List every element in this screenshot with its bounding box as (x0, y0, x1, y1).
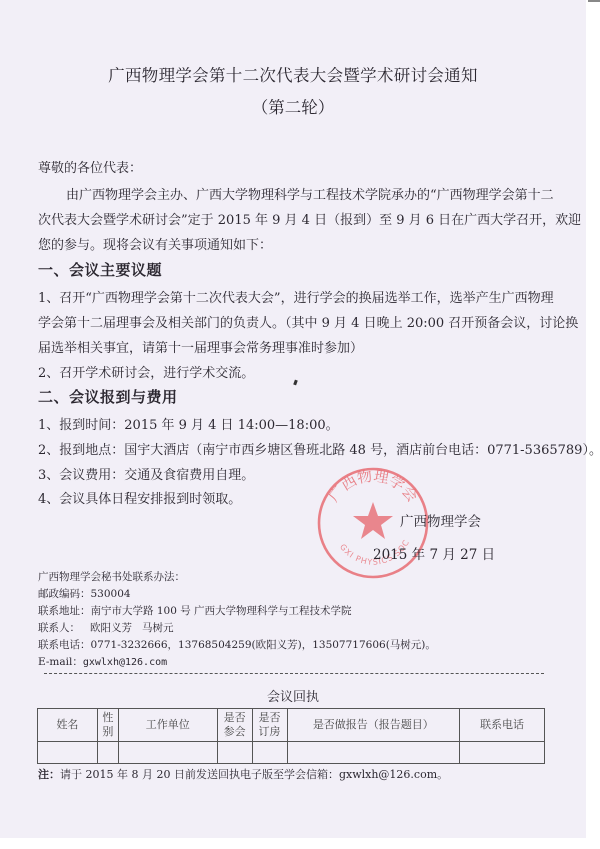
topic-line: 学会第十二届理事会及相关部门的负责人。（其中 9 月 4 日晚上 20:00 召… (38, 312, 578, 331)
registration-line: 1、报到时间：2015 年 9 月 4 日 14:00—18:00。 (38, 414, 339, 433)
header-name: 姓名 (38, 709, 98, 742)
cell-attend[interactable] (217, 742, 252, 764)
header-report: 是否做报告（报告题目） (287, 709, 460, 742)
receipt-table: 姓名 性 别 工作单位 是否 参会 是否 订房 是否做报告（报告题目） 联系电话 (37, 708, 545, 764)
intro-line: 您的参与。现将会议有关事项通知如下： (38, 234, 272, 253)
seal-text: 广西物理学会 (325, 467, 422, 506)
signature-date: 2015 年 7 月 27 日 (373, 543, 495, 563)
contact-postcode: 邮政编码：530004 (38, 586, 131, 601)
registration-line: 2、报到地点：国宇大酒店（南宁市西乡塘区鲁班北路 48 号，酒店前台电话：077… (38, 439, 600, 458)
contact-persons: 联系人： 欧阳义芳 马树元 (38, 620, 174, 635)
intro-line: 由广西物理学会主办、广西大学物理科学与工程技术学院承办的“广西物理学会第十二 (66, 184, 554, 203)
header-gender: 性 别 (97, 709, 118, 742)
email-link[interactable]: gxwlxh@126.com (83, 657, 167, 668)
contact-email-row: E-mail：gxwlxh@126.com (38, 654, 167, 669)
note-text: 请于 2015 年 8 月 20 日前发送回执电子版至学会信箱：gxwlxh@1… (60, 768, 448, 781)
topic-line: 届选举相关事宜，请第十一届理事会常务理事准时参加） (38, 337, 363, 356)
registration-line: 3、会议费用：交通及食宿费用自理。 (38, 464, 254, 483)
topic-line: 2、召开学术研讨会，进行学术交流。 (38, 362, 254, 381)
salutation: 尊敬的各位代表： (38, 157, 142, 176)
document-title: 广西物理学会第十二次代表大会暨学术研讨会通知 (0, 62, 586, 86)
receipt-note: 注：请于 2015 年 8 月 20 日前发送回执电子版至学会信箱：gxwlxh… (38, 766, 448, 782)
scan-edge-mark (588, 0, 600, 2)
note-label: 注： (38, 768, 60, 781)
topic-line: 1、召开“广西物理学会第十二次代表大会”，进行学会的换届选举工作，选举产生广西物… (38, 287, 554, 306)
contact-phones: 联系电话：0771-3232666，13768504259(欧阳义芳)，1350… (38, 637, 436, 652)
svg-text:广西物理学会: 广西物理学会 (325, 467, 422, 506)
cut-line-divider (44, 673, 544, 674)
receipt-title: 会议回执 (0, 686, 586, 705)
cell-gender[interactable] (97, 742, 118, 764)
section-heading-topics: 一、会议主要议题 (38, 259, 162, 280)
signer-organization: 广西物理学会 (400, 510, 481, 530)
section-heading-registration: 二、会议报到与费用 (38, 386, 178, 407)
cell-phone[interactable] (460, 742, 545, 764)
cell-workplace[interactable] (118, 742, 217, 764)
cell-name[interactable] (38, 742, 98, 764)
registration-line: 4、会议具体日程安排报到时领取。 (38, 488, 241, 507)
document-subtitle: （第二轮） (0, 94, 586, 118)
receipt-entry-row (38, 742, 545, 764)
contact-address: 联系地址：南宁市大学路 100 号 广西大学物理科学与工程技术学院 (38, 603, 352, 618)
cell-room[interactable] (252, 742, 287, 764)
intro-line: 次代表大会暨学术研讨会”定于 2015 年 9 月 4 日（报到）至 9 月 6… (38, 209, 581, 228)
header-phone: 联系电话 (460, 709, 545, 742)
header-room: 是否 订房 (252, 709, 287, 742)
email-label: E-mail： (38, 656, 83, 668)
header-attend: 是否 参会 (217, 709, 252, 742)
receipt-header-row: 姓名 性 别 工作单位 是否 参会 是否 订房 是否做报告（报告题目） 联系电话 (38, 709, 545, 742)
header-workplace: 工作单位 (118, 709, 217, 742)
contact-heading: 广西物理学会秘书处联系办法： (38, 569, 185, 584)
cell-report[interactable] (287, 742, 460, 764)
